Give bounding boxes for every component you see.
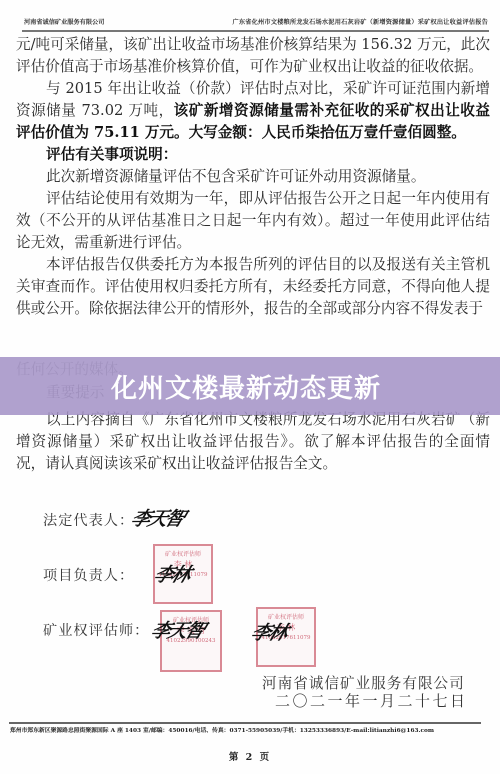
header-divider — [22, 30, 489, 32]
footer-divider — [9, 722, 481, 724]
important-text: 以上内容摘自《广东省化州市文楼粮所龙发石场水泥用石灰岩矿（新增资源储量）采矿权出… — [16, 409, 490, 475]
issue-date: 二〇二一年一月二十七日 — [275, 690, 468, 711]
appraiser-label: 矿业权评估师： — [43, 620, 149, 640]
valuation-paragraph: 元/吨可采储量，该矿出让收益市场基准价核算结果为 156.32 万元，此次评估价… — [16, 34, 490, 78]
banner-title: 化州文楼最新动态更新 — [111, 368, 381, 405]
legal-rep-signature: 李天智 — [128, 504, 188, 531]
report-body: 元/吨可采储量，该矿出让收益市场基准价核算结果为 156.32 万元，此次评估价… — [16, 34, 490, 320]
header-report-title: 广东省化州市文楼粮所龙发石场水泥用石灰岩矿（新增资源储量）采矿权出让收益评估报告 — [233, 17, 489, 26]
stamp-title: 矿业权评估师 — [155, 550, 211, 560]
project-lead-label: 项目负责人： — [43, 565, 134, 585]
comparison-paragraph: 与 2015 年出让收益（价款）评估时点对比，采矿许可证范围内新增资源储量 73… — [16, 78, 490, 144]
important-notice: 以上内容摘自《广东省化州市文楼粮所龙发石场水泥用石灰岩矿（新增资源储量）采矿权出… — [16, 409, 490, 475]
note-3: 本评估报告仅供委托方为本报告所列的评估目的以及报送有关主管机关审查而作。评估使用… — [16, 254, 490, 320]
footer-contact: 郑州市郑东新区聚源路忠照街聚源国际 A 座 1403 室/邮编：450016/电… — [10, 725, 490, 734]
header-company: 河南省诚信矿业服务有限公司 — [24, 17, 104, 26]
appraiser-signature-1: 李天智 — [148, 616, 208, 643]
notes-heading: 评估有关事项说明： — [16, 144, 490, 166]
legal-rep-label: 法定代表人： — [43, 510, 134, 530]
title-banner: 化州文楼最新动态更新 — [0, 357, 500, 415]
note-2: 评估结论使用有效期为一年，即从评估报告公开之日起一年内使用有效（不公开的从评估基… — [16, 188, 490, 254]
document-page: 河南省诚信矿业服务有限公司 广东省化州市文楼粮所龙发石场水泥用石灰岩矿（新增资源… — [0, 0, 500, 774]
page-number: 第 2 页 — [0, 749, 500, 763]
page-header: 河南省诚信矿业服务有限公司 广东省化州市文楼粮所龙发石场水泥用石灰岩矿（新增资源… — [22, 15, 490, 29]
note-1: 此次新增资源储量评估不包含采矿许可证外动用资源储量。 — [16, 166, 490, 188]
signature-block: 法定代表人： 李天智 矿业权评估师 李 林 41022017611079 项目负… — [0, 500, 500, 700]
